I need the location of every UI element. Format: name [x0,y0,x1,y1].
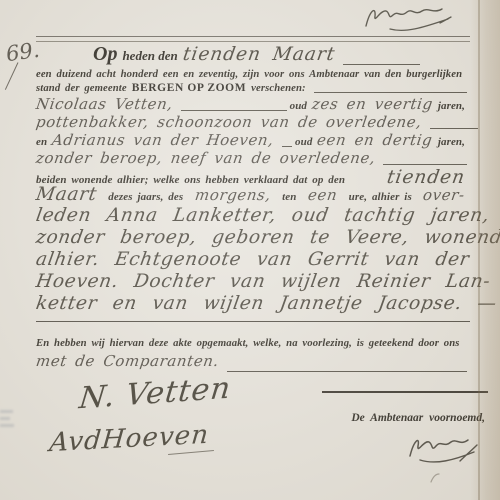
handwritten-text: Maart [35,186,99,205]
printed-text: heden den [122,49,177,62]
printed-text: ure, alhier is [349,192,412,203]
handwritten-text: zonder beroep, geboren te Veere, wonende [35,229,500,248]
handwritten-text: een [307,188,338,203]
bleed-through-smudge [0,406,16,431]
handwritten-text: een en dertig [316,133,433,148]
handwritten-text: pottenbakker, schoonzoon van de overlede… [35,115,423,130]
handwritten-text: Adrianus van der Hoeven, [51,133,275,148]
crease-line [478,0,480,500]
handwritten-text: morgens, [194,188,272,203]
handwritten-text: leden Anna Lanketter, oud tachtig jaren, [35,207,491,226]
printed-text: jaren, [438,137,465,148]
text-line: alhier. Echtgenoote van Gerrit van der [36,251,470,273]
handwritten-text: tienden Maart [181,46,336,65]
printed-text: oud [295,137,312,148]
ruled-fill-line [314,91,467,93]
ruled-fill-line [227,370,467,372]
death-record-scan: 69. Opheden dentienden Maarteen duizend … [0,0,500,500]
handwritten-text: tienden [386,169,467,188]
text-line: leden Anna Lanketter, oud tachtig jaren, [36,207,470,229]
section-rule [36,321,470,322]
printed-text: En hebben wij hiervan deze akte opgemaak… [36,338,460,349]
printed-text: ten [282,192,296,203]
ink-speck [428,471,442,485]
ruled-fill-line [343,63,420,65]
signature-comparant-1: N. Vetten [77,371,232,416]
printed-text: oud [290,101,307,112]
official-rule [322,391,488,393]
document-lines: Opheden dentienden Maarteen duizend acht… [36,44,470,317]
printed-text: BERGEN OP ZOOM [132,83,246,95]
handwritten-text: Nicolaas Vetten, [35,97,174,112]
printed-text: stand der gemeente [36,83,127,94]
text-line: met de Comparanten. [36,354,470,376]
ruled-fill-line [383,163,467,165]
margin-number-flourish [5,62,19,90]
official-caption: De Ambtenaar voornoemd, [330,412,485,424]
handwritten-text: zes en veertig [311,97,434,112]
text-line: een duizend acht honderd een en zeventig… [36,69,470,83]
registrar-paraph-top [360,2,460,34]
text-line: ketter en van wijlen Jannetje Jacopse. — [36,295,470,317]
printed-text: een duizend acht honderd een en zeventig… [36,69,462,80]
handwritten-text: Hoeven. Dochter van wijlen Reinier Lan- [35,273,492,292]
handwritten-text: over- [422,188,466,203]
page-edge-shadow [470,0,500,500]
closing-lines: En hebben wij hiervan deze akte opgemaak… [36,338,470,376]
handwritten-text: zonder beroep, neef van de overledene, [35,151,376,166]
text-line: beiden wonende alhier; welke ons hebben … [36,169,470,186]
text-line: Hoeven. Dochter van wijlen Reinier Lan- [36,273,470,295]
handwritten-text: alhier. Echtgenoote van Gerrit van der [35,251,471,270]
ruled-fill-line [181,109,287,111]
printed-text: verschenen: [251,83,306,94]
printed-text: jaren, [438,101,465,112]
printed-text: Op [93,44,117,64]
printed-text: dezes jaars, des [108,192,183,203]
text-line: Maartdezes jaars, desmorgens,teneenure, … [36,186,470,207]
act-body: Opheden dentienden Maarteen duizend acht… [36,36,470,376]
printed-text: en [36,137,47,148]
handwritten-text: met de Comparanten. [35,354,220,369]
text-line: zonder beroep, geboren te Veere, wonende [36,229,470,251]
ruled-fill-line [282,145,292,147]
text-line: Opheden dentienden Maart [36,44,470,69]
double-rule [36,36,470,42]
handwritten-text: ketter en van wijlen Jannetje Jacopse. — [35,295,499,314]
